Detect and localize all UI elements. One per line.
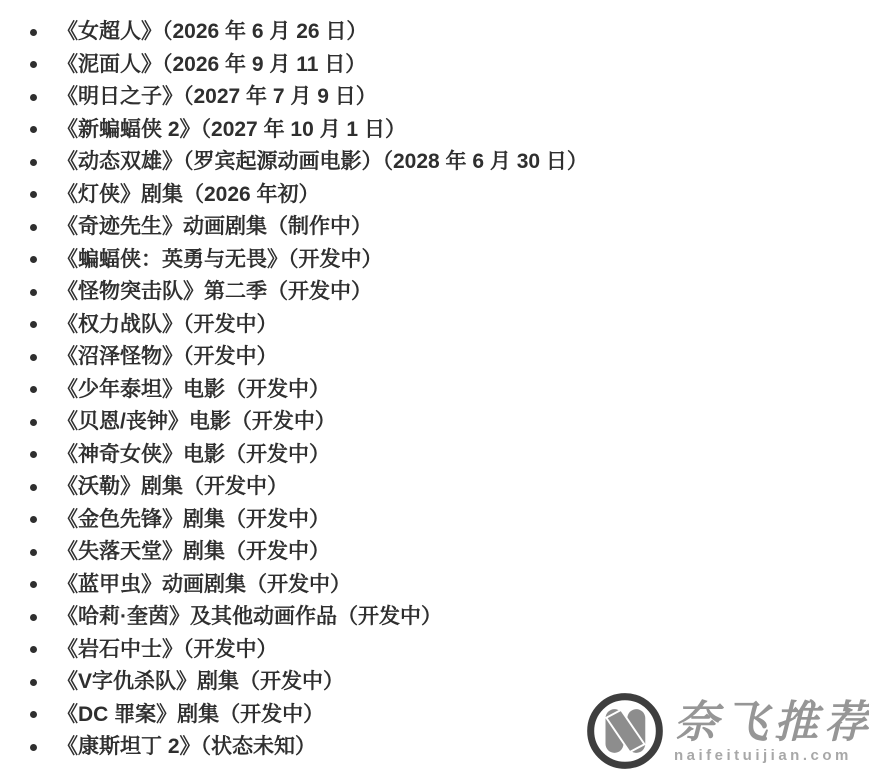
list-item: 《权力战队》（开发中）: [0, 309, 869, 342]
list-item: 《新蝙蝠侠 2》（2027 年 10 月 1 日）: [0, 114, 869, 147]
list-item: 《蝙蝠侠：英勇与无畏》（开发中）: [0, 244, 869, 277]
list-item: 《泥面人》（2026 年 9 月 11 日）: [0, 49, 869, 82]
list-item: 《金色先锋》剧集（开发中）: [0, 504, 869, 537]
list-item: 《少年泰坦》电影（开发中）: [0, 374, 869, 407]
list-item: 《贝恩/丧钟》电影（开发中）: [0, 406, 869, 439]
watermark-brand: 奈飞推荐: [674, 699, 869, 747]
list-item: 《神奇女侠》电影（开发中）: [0, 439, 869, 472]
n-circle-icon: [586, 692, 664, 770]
watermark-text: 奈飞推荐 naifeituijian.com: [674, 699, 869, 764]
list-item: 《奇迹先生》动画剧集（制作中）: [0, 211, 869, 244]
list-item: 《哈莉·奎茵》及其他动画作品（开发中）: [0, 601, 869, 634]
site-watermark: 奈飞推荐 naifeituijian.com: [586, 692, 869, 770]
list-item: 《灯侠》剧集（2026 年初）: [0, 179, 869, 212]
list-item: 《怪物突击队》第二季（开发中）: [0, 276, 869, 309]
list-item: 《明日之子》（2027 年 7 月 9 日）: [0, 81, 869, 114]
list-item: 《沼泽怪物》（开发中）: [0, 341, 869, 374]
list-item: 《沃勒》剧集（开发中）: [0, 471, 869, 504]
list-item: 《岩石中士》（开发中）: [0, 634, 869, 667]
list-item: 《动态双雄》（罗宾起源动画电影）（2028 年 6 月 30 日）: [0, 146, 869, 179]
list-item: 《失落天堂》剧集（开发中）: [0, 536, 869, 569]
watermark-domain: naifeituijian.com: [674, 747, 869, 764]
list-item: 《蓝甲虫》动画剧集（开发中）: [0, 569, 869, 602]
page: 《女超人》（2026 年 6 月 26 日） 《泥面人》（2026 年 9 月 …: [0, 0, 869, 774]
list-item: 《女超人》（2026 年 6 月 26 日）: [0, 16, 869, 49]
release-list: 《女超人》（2026 年 6 月 26 日） 《泥面人》（2026 年 9 月 …: [0, 0, 869, 764]
